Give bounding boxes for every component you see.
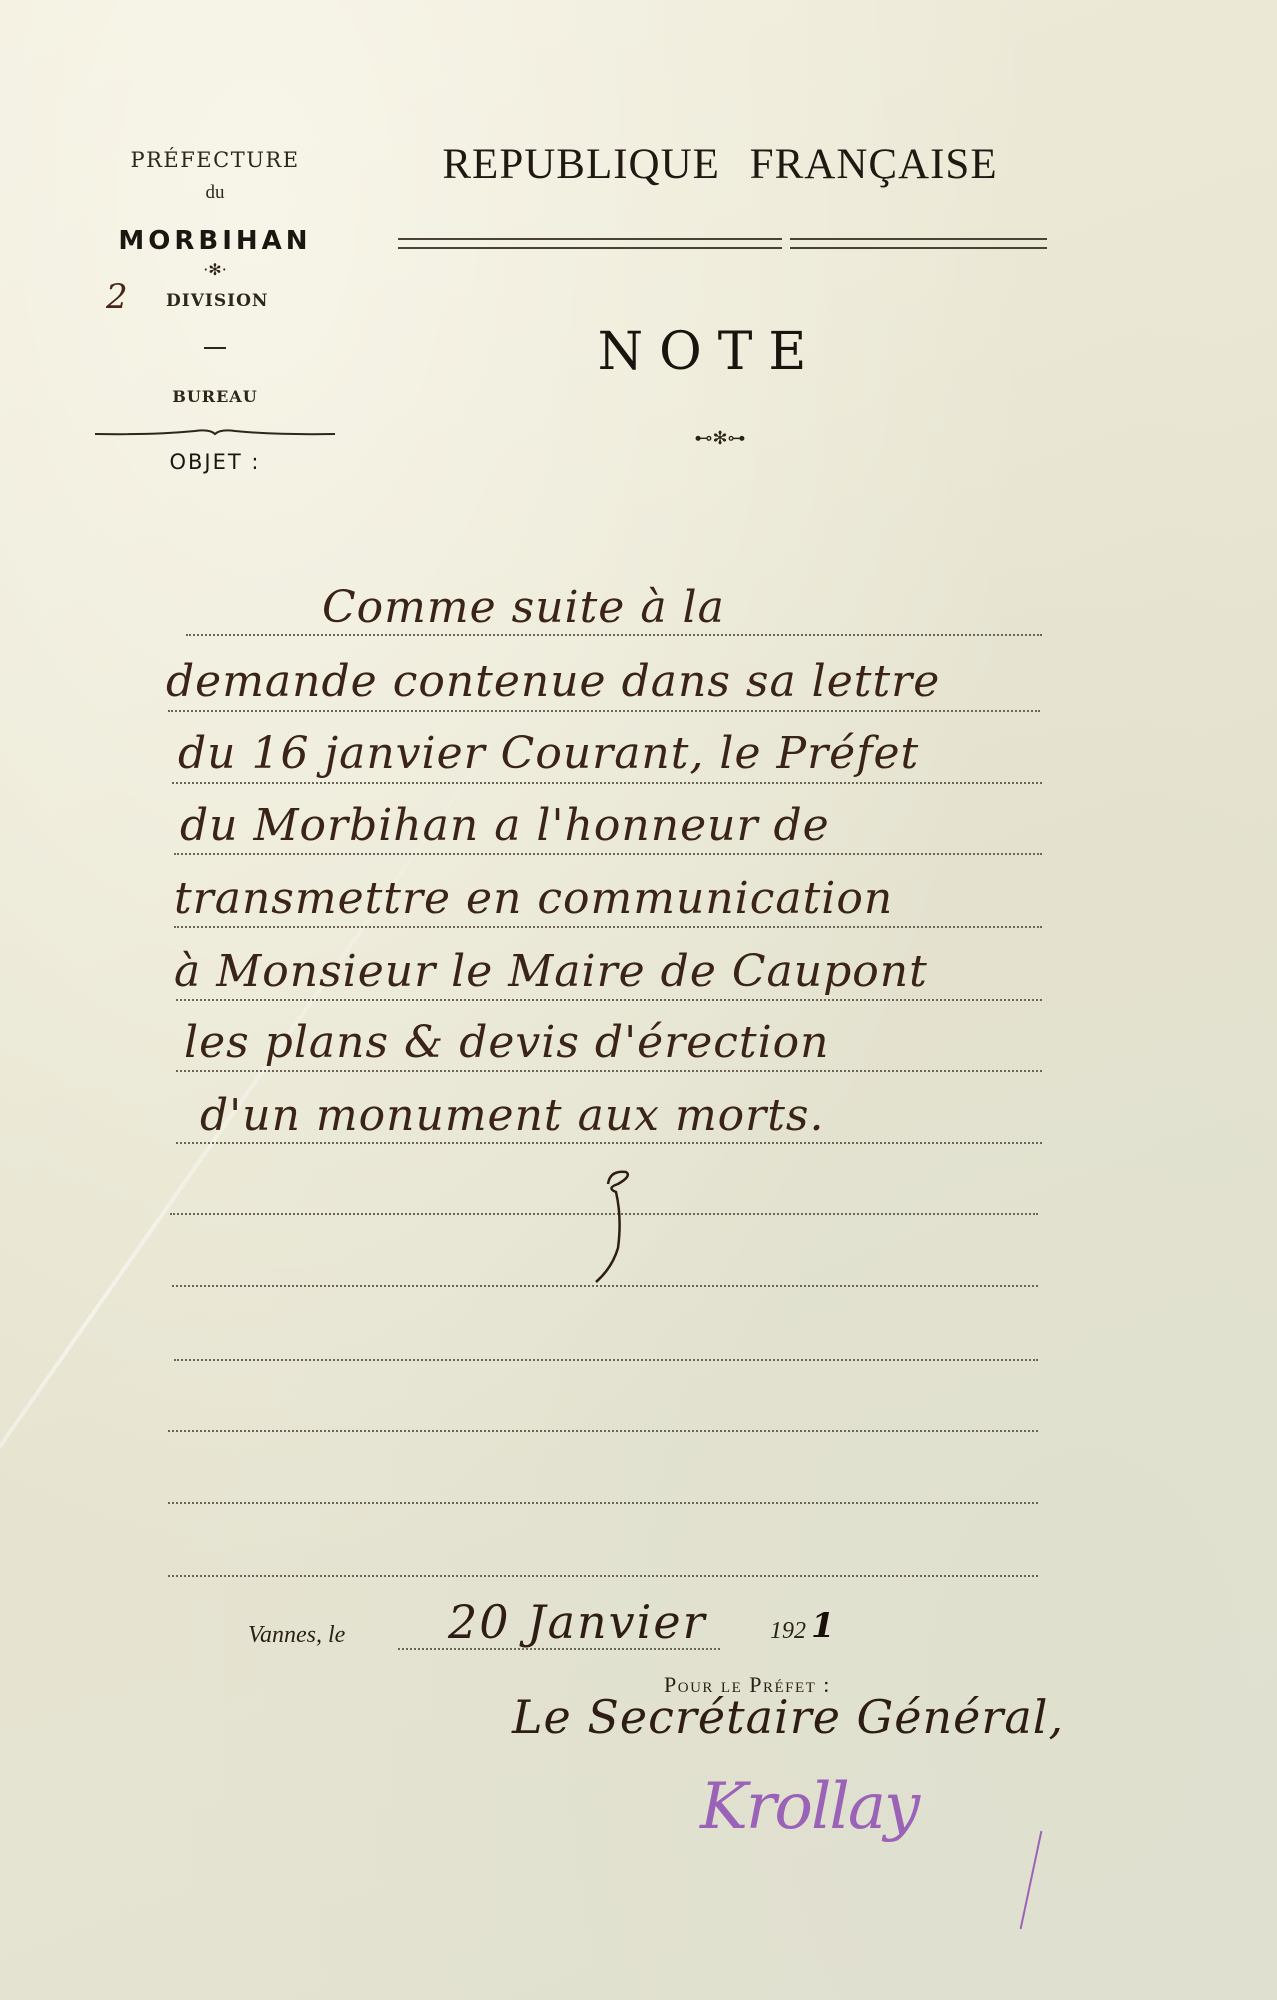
division-label: DIVISION [166, 291, 268, 311]
bureau-label: BUREAU [80, 387, 350, 406]
department-name: MORBIHAN [80, 226, 350, 256]
prefecture-label: PRÉFECTURE [80, 148, 350, 172]
signature: Krollay [700, 1770, 918, 1844]
handwritten-line-4: du Morbihan a l'honneur de [180, 800, 830, 851]
handwritten-line-6: à Monsieur le Maire de Caupont [174, 946, 928, 997]
letterhead-block: PRÉFECTURE du MORBIHAN ·✻· 2 DIVISION BU… [80, 140, 350, 474]
signature-tail [1020, 1831, 1043, 1929]
division-row: 2 DIVISION [80, 283, 350, 317]
du-label: du [80, 182, 350, 204]
header-rule-right [790, 238, 1047, 249]
handwritten-line-8: d'un monument aux morts. [200, 1090, 824, 1141]
handwritten-line-2: demande contenue dans sa lettre [166, 656, 940, 707]
bureau-dash [204, 347, 226, 349]
place-label: Vannes, le [248, 1622, 345, 1649]
ruled-line [174, 853, 1042, 855]
signatory-title: Le Secrétaire Général, [512, 1690, 1064, 1744]
closing-flourish-icon [588, 1168, 648, 1288]
year-printed: 192 [770, 1618, 806, 1645]
republic-title: REPUBLIQUE FRANÇAISE [400, 140, 1040, 189]
division-number: 2 [106, 277, 128, 317]
ruled-line [176, 999, 1042, 1001]
ruled-line [176, 1142, 1042, 1144]
note-title: NOTE [560, 322, 860, 382]
ruled-line [176, 1070, 1042, 1072]
handwritten-line-3: du 16 janvier Courant, le Préfet [178, 728, 919, 779]
handwritten-line-5: transmettre en communication [174, 873, 893, 924]
year-handwritten-digit: 1 [811, 1606, 835, 1646]
note-ornament-icon: ⊷✻⊶ [660, 428, 780, 449]
date-handwritten: 20 Janvier [448, 1595, 707, 1649]
objet-label: OBJET : [80, 450, 350, 474]
ruled-line [174, 926, 1042, 928]
handwritten-line-1: Comme suite à la [322, 582, 725, 633]
ruled-line [168, 1430, 1038, 1432]
ruled-line [172, 782, 1042, 784]
swash-divider-icon [95, 428, 335, 438]
ruled-line [168, 710, 1040, 712]
ruled-line [186, 634, 1042, 636]
header-rule-left [398, 238, 782, 249]
ruled-line [168, 1502, 1038, 1504]
ruled-line [168, 1575, 1038, 1577]
ruled-line [174, 1359, 1038, 1361]
handwritten-line-7: les plans & devis d'érection [184, 1017, 830, 1068]
